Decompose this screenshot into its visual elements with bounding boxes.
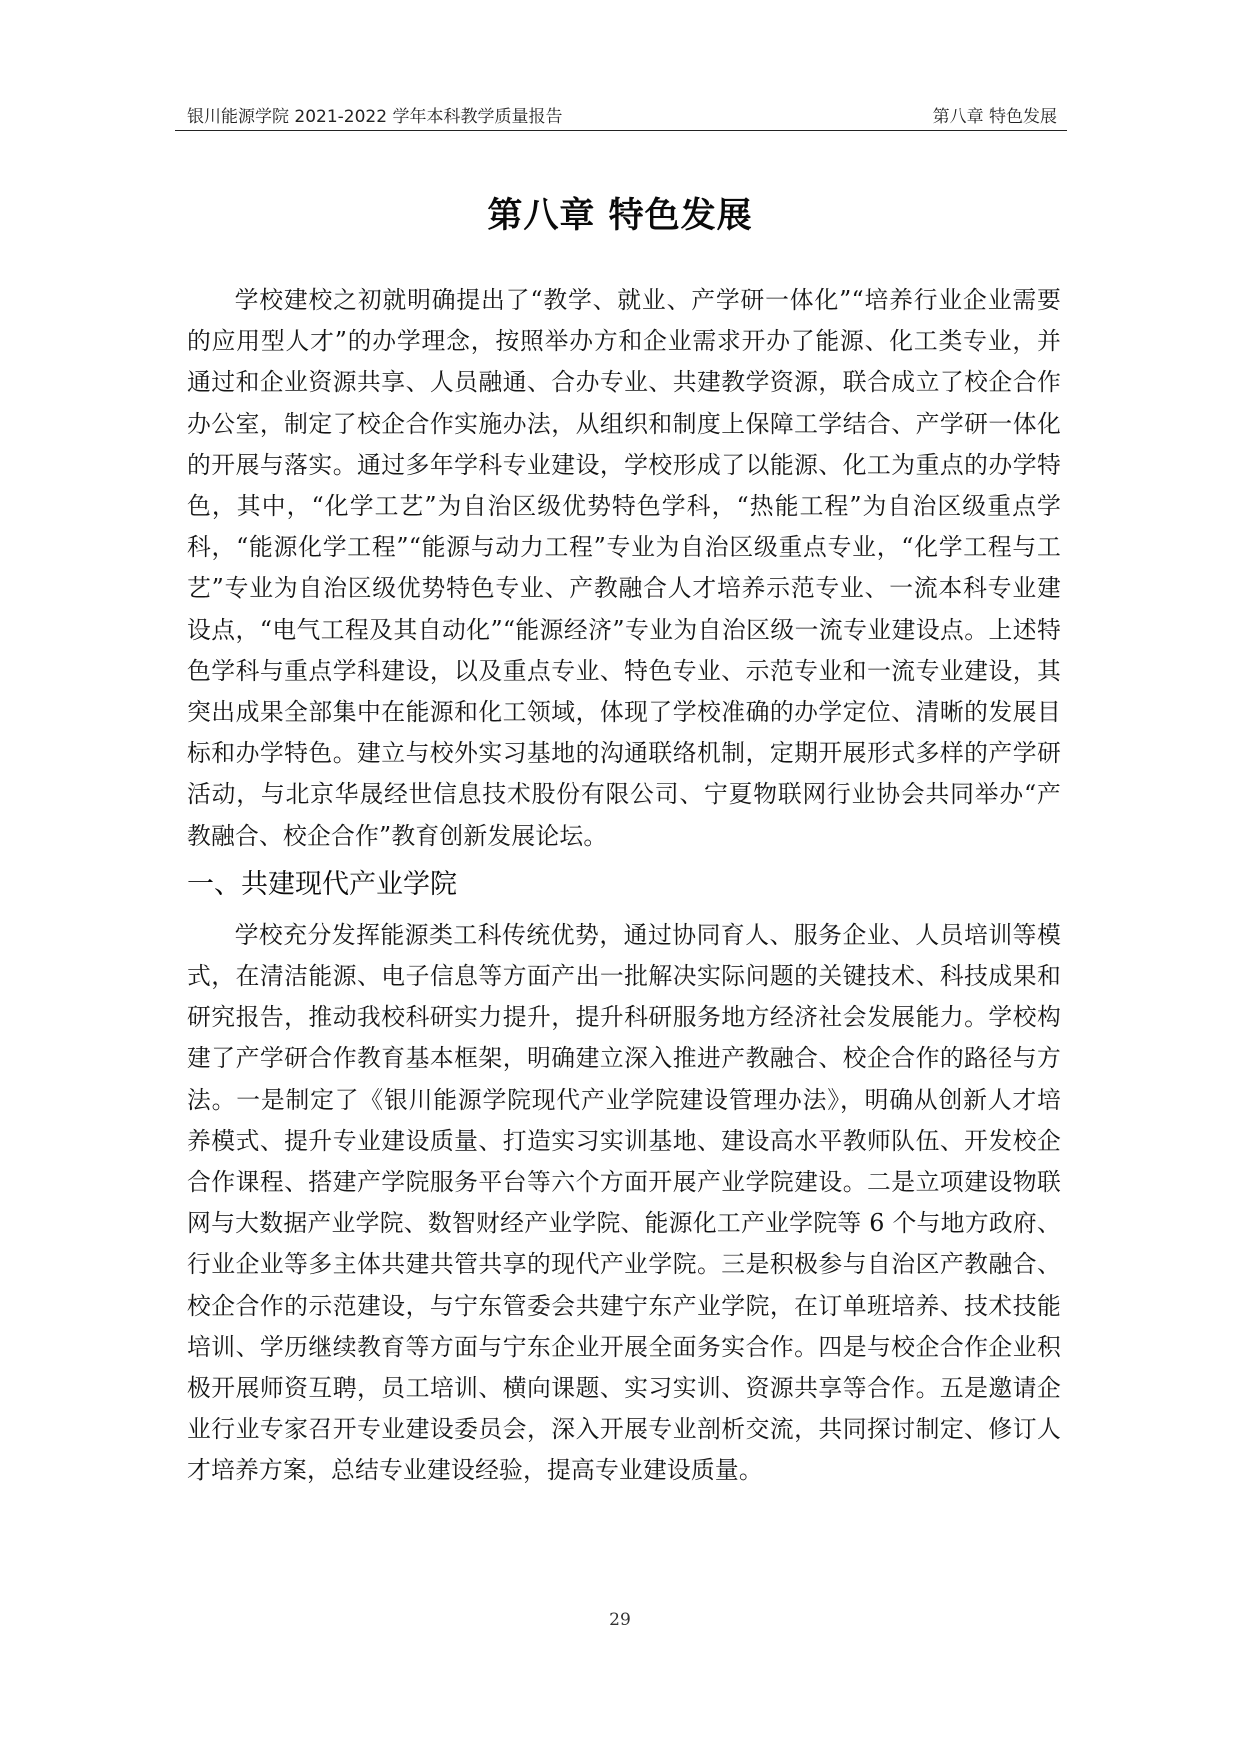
body-content: 学校建校之初就明确提出了“教学、就业、产学研一体化”“培养行业企业需要的应用型人… <box>187 280 1061 1492</box>
running-header: 银川能源学院 2021-2022 学年本科教学质量报告 第八章 特色发展 <box>175 96 1067 131</box>
section-paragraph: 学校充分发挥能源类工科传统优势，通过协同育人、服务企业、人员培训等模式，在清洁能… <box>187 915 1061 1492</box>
page-number: 29 <box>0 1610 1240 1630</box>
header-chapter-title: 第八章 特色发展 <box>933 102 1057 127</box>
intro-paragraph: 学校建校之初就明确提出了“教学、就业、产学研一体化”“培养行业企业需要的应用型人… <box>187 280 1061 857</box>
header-report-title: 银川能源学院 2021-2022 学年本科教学质量报告 <box>187 102 562 127</box>
section-heading: 一、共建现代产业学院 <box>187 863 1061 907</box>
chapter-title: 第八章 特色发展 <box>0 188 1240 238</box>
